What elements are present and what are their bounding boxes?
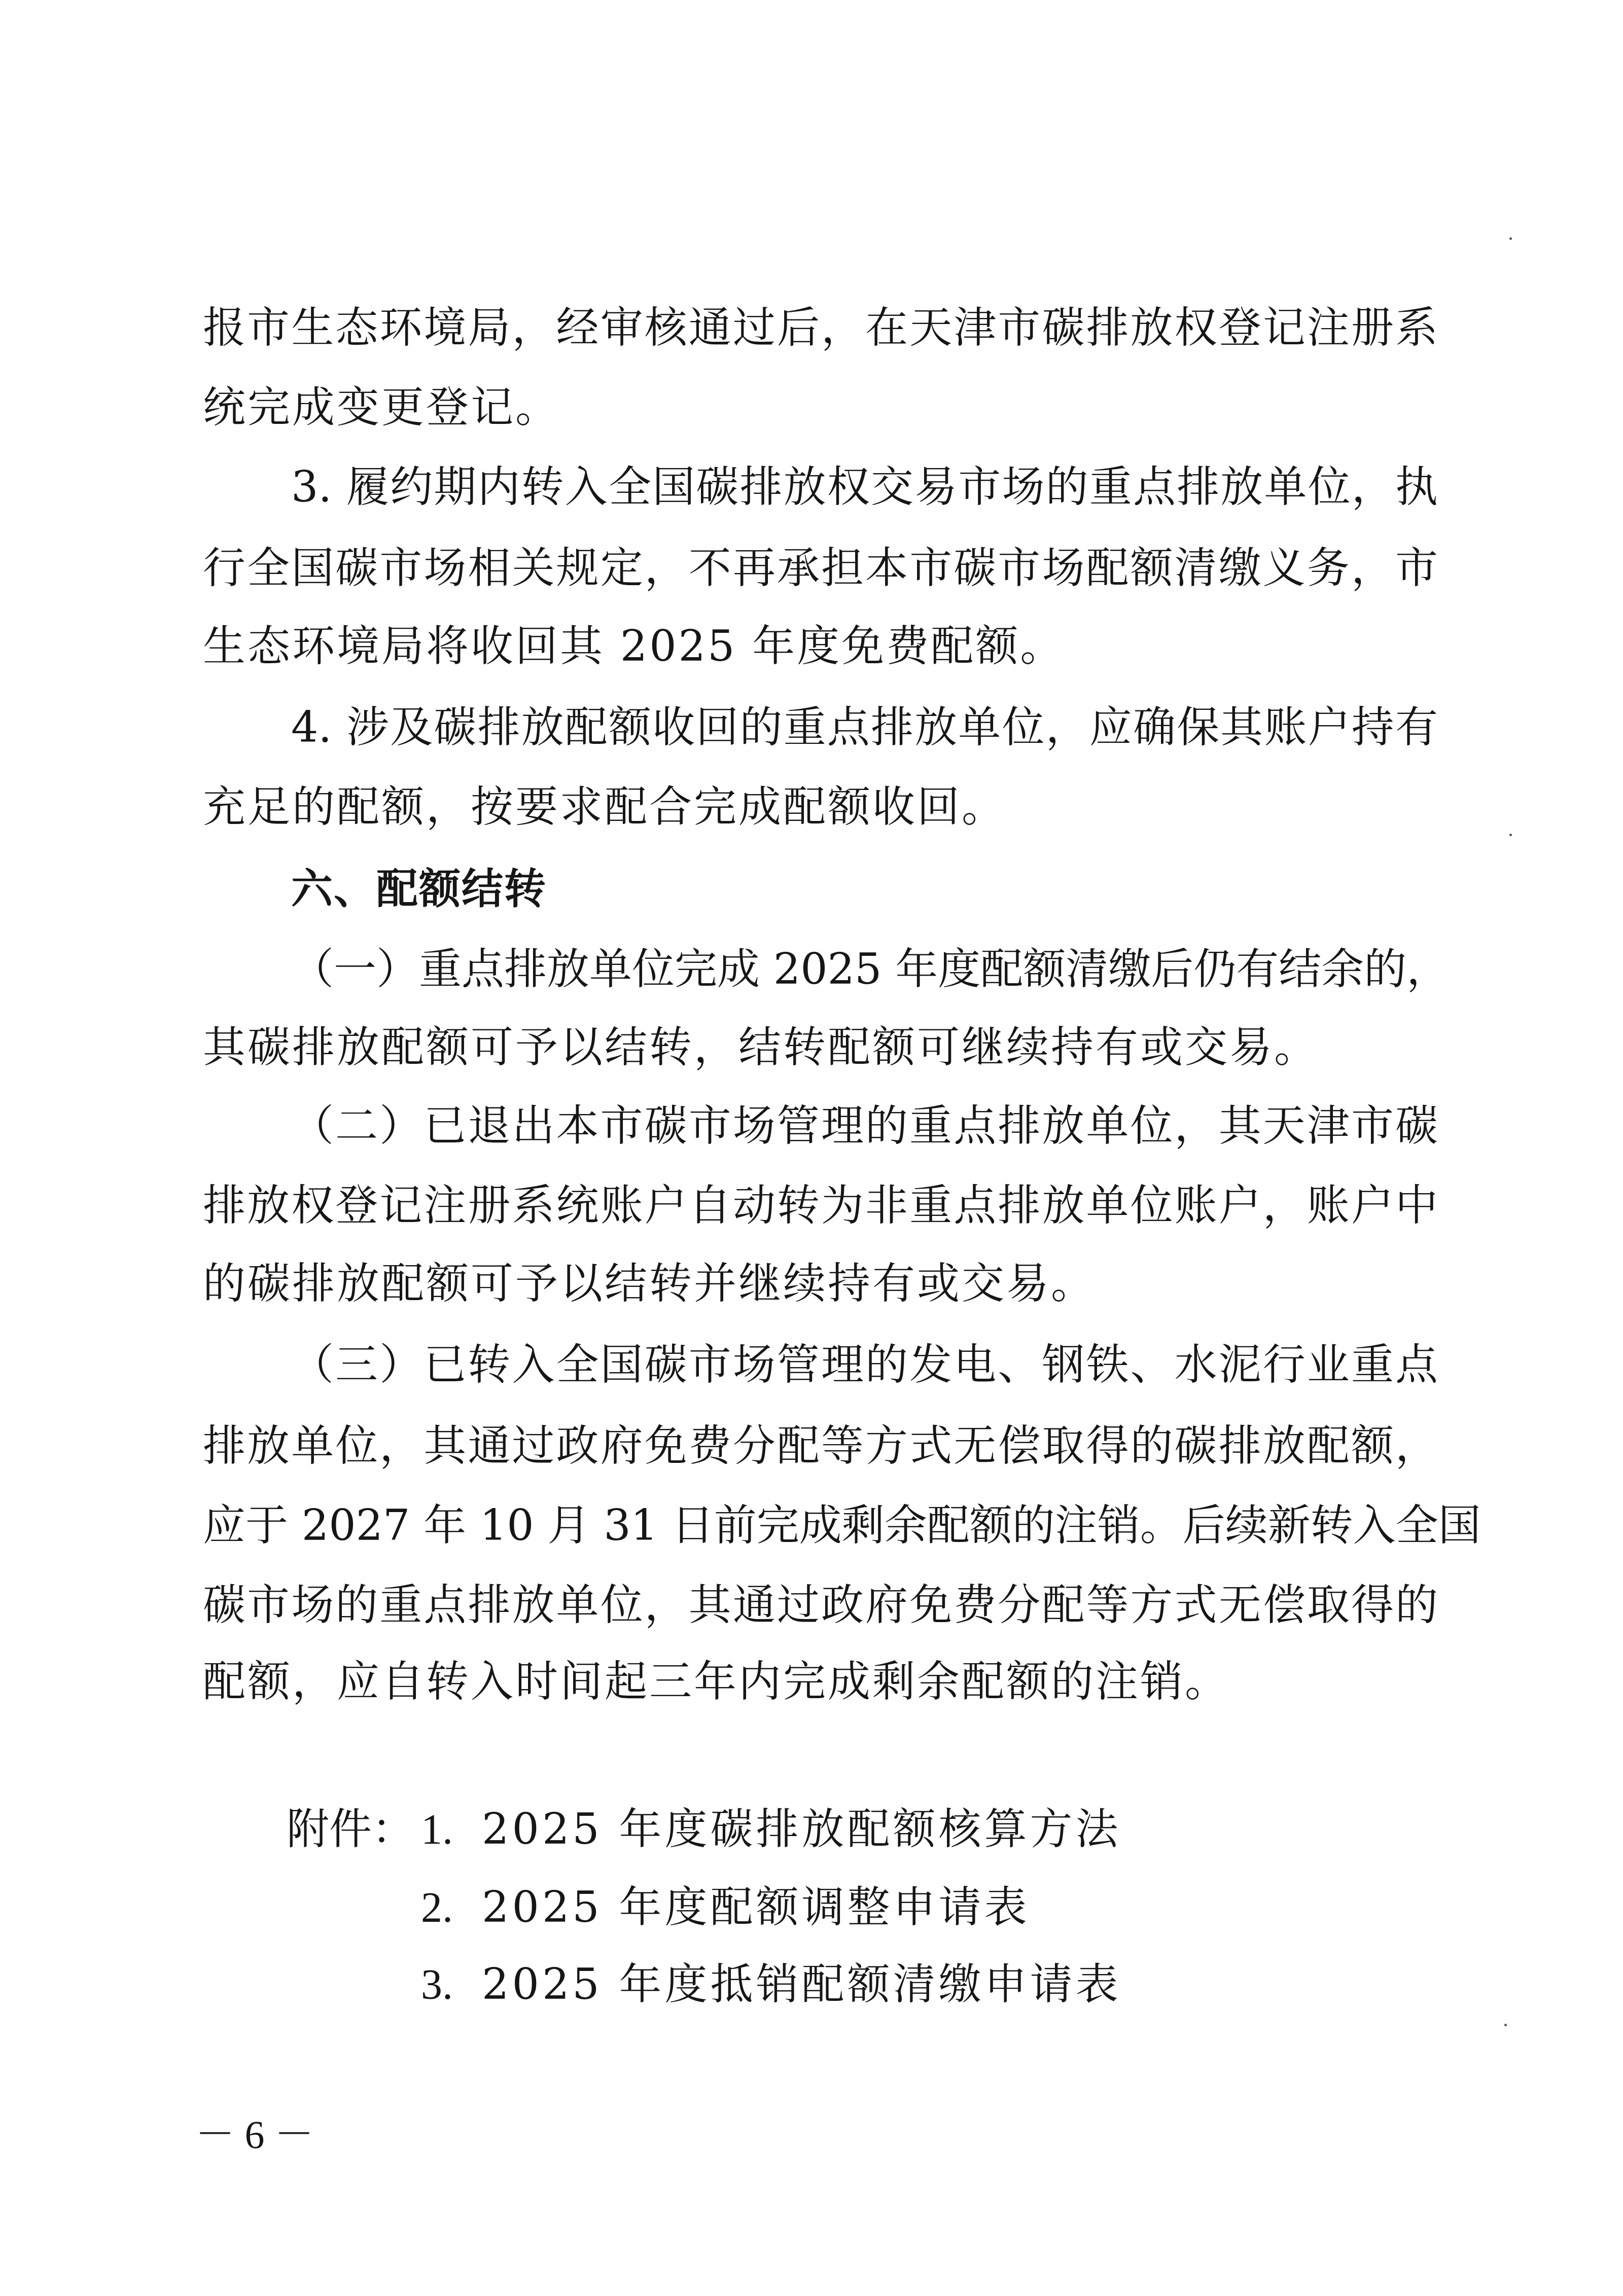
scan-speck xyxy=(1509,834,1512,836)
body-line: 碳市场的重点排放单位，其通过政府免费分配等方式无偿取得的 xyxy=(203,1577,1438,1633)
attachment-item: 2.2025 年度配额调整申请表 xyxy=(421,1879,1030,1935)
scan-speck xyxy=(1504,2024,1507,2026)
attachment-title: 2025 年度碳排放配额核算方法 xyxy=(482,1804,1121,1854)
document-page: 报市生态环境局，经审核通过后，在天津市碳排放权登记注册系 统完成变更登记。 3.… xyxy=(0,0,1623,2296)
attachment-item: 3.2025 年度抵销配额清缴申请表 xyxy=(421,1956,1121,2012)
attachment-number: 1. xyxy=(421,1802,482,1858)
body-line: 排放单位，其通过政府免费分配等方式无偿取得的碳排放配额， xyxy=(203,1418,1438,1474)
attachment-number: 2. xyxy=(421,1880,482,1936)
body-line: 的碳排放配额可予以结转并继续持有或交易。 xyxy=(203,1255,1096,1311)
body-line: 行全国碳市场相关规定，不再承担本市碳市场配额清缴义务，市 xyxy=(203,540,1438,596)
body-line: 其碳排放配额可予以结转，结转配额可继续持有或交易。 xyxy=(203,1019,1319,1075)
body-line: 生态环境局将收回其 2025 年度免费配额。 xyxy=(203,618,1065,674)
attachments-label: 附件： xyxy=(287,1801,414,1857)
list-item-4-line: 4. 涉及碳排放配额收回的重点排放单位，应确保其账户持有 xyxy=(291,699,1438,755)
body-line: 充足的配额，按要求配合完成配额收回。 xyxy=(203,779,1006,835)
list-item-3-line: 3. 履约期内转入全国碳排放权交易市场的重点排放单位，执 xyxy=(291,459,1438,515)
body-line: 配额，应自转入时间起三年内完成剩余配额的注销。 xyxy=(203,1654,1229,1709)
attachment-title: 2025 年度抵销配额清缴申请表 xyxy=(482,1959,1121,2009)
body-line: 应于 2027 年 10 月 31 日前完成剩余配额的注销。后续新转入全国 xyxy=(203,1497,1438,1553)
attachment-title: 2025 年度配额调整申请表 xyxy=(482,1882,1030,1932)
body-line: 报市生态环境局，经审核通过后，在天津市碳排放权登记注册系 xyxy=(203,300,1438,355)
body-line: 统完成变更登记。 xyxy=(203,379,560,435)
section-heading: 六、配额结转 xyxy=(291,862,547,917)
subsection-2-line: （二）已退出本市碳市场管理的重点排放单位，其天津市碳 xyxy=(291,1098,1438,1154)
subsection-1-line: （一）重点排放单位完成 2025 年度配额清缴后仍有结余的， xyxy=(291,941,1438,997)
attachment-item: 1.2025 年度碳排放配额核算方法 xyxy=(421,1801,1121,1857)
body-line: 排放权登记注册系统账户自动转为非重点排放单位账户，账户中 xyxy=(203,1177,1438,1233)
page-number: － 6 － xyxy=(195,2107,314,2163)
subsection-3-line: （三）已转入全国碳市场管理的发电、钢铁、水泥行业重点 xyxy=(291,1337,1438,1392)
attachment-number: 3. xyxy=(421,1957,482,2013)
scan-speck xyxy=(1509,237,1512,240)
